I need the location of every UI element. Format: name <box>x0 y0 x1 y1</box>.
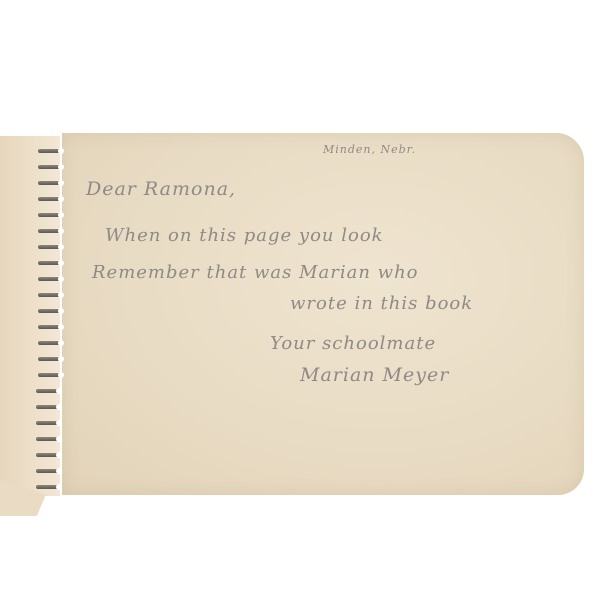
spiral-coil <box>36 260 66 266</box>
coil-wire <box>36 437 58 441</box>
coil-wire <box>38 341 60 345</box>
coil-wire <box>38 325 60 329</box>
coil-wire <box>36 405 58 409</box>
spiral-coil <box>36 276 66 282</box>
coil-wire <box>38 181 60 185</box>
spiral-coil <box>36 244 66 250</box>
verse-line-3: wrote in this book <box>290 293 473 314</box>
coil-wire <box>36 485 58 489</box>
spiral-coil <box>36 228 66 234</box>
spiral-coil <box>36 212 66 218</box>
punch-hole <box>58 228 64 234</box>
coil-wire <box>38 213 60 217</box>
punch-hole <box>56 468 62 474</box>
coil-wire <box>38 309 60 313</box>
coil-wire <box>38 165 60 169</box>
punch-hole <box>58 356 64 362</box>
coil-wire <box>38 261 60 265</box>
coil-wire <box>38 149 60 153</box>
spiral-coil <box>36 196 66 202</box>
coil-wire <box>38 277 60 281</box>
spiral-coil <box>36 372 66 378</box>
coil-wire <box>38 197 60 201</box>
punch-hole <box>56 484 62 490</box>
coil-wire <box>38 357 60 361</box>
coil-wire <box>36 389 58 393</box>
punch-hole <box>56 388 62 394</box>
coil-wire <box>38 245 60 249</box>
punch-hole <box>56 436 62 442</box>
punch-hole <box>58 148 64 154</box>
spiral-coil <box>36 292 66 298</box>
punch-hole <box>58 196 64 202</box>
punch-hole <box>58 292 64 298</box>
spiral-coil <box>34 484 64 490</box>
spiral-coil <box>36 164 66 170</box>
spiral-coil <box>34 420 64 426</box>
location-note: Minden, Nebr. <box>323 143 416 156</box>
closing: Your schoolmate <box>270 333 436 354</box>
spiral-coil <box>36 324 66 330</box>
coil-wire <box>38 293 60 297</box>
punch-hole <box>58 340 64 346</box>
verse-line-2: Remember that was Marian who <box>92 262 419 283</box>
spiral-coil <box>36 308 66 314</box>
greeting: Dear Ramona, <box>86 178 236 200</box>
coil-wire <box>38 229 60 233</box>
punch-hole <box>58 212 64 218</box>
spiral-binding <box>36 140 72 500</box>
punch-hole <box>56 420 62 426</box>
spiral-coil <box>34 468 64 474</box>
punch-hole <box>56 404 62 410</box>
spiral-coil <box>36 148 66 154</box>
spiral-coil <box>34 404 64 410</box>
punch-hole <box>58 244 64 250</box>
coil-wire <box>36 469 58 473</box>
coil-wire <box>38 373 60 377</box>
punch-hole <box>58 276 64 282</box>
verse-line-1: When on this page you look <box>105 225 384 246</box>
punch-hole <box>58 180 64 186</box>
signature: Marian Meyer <box>300 364 449 386</box>
punch-hole <box>58 164 64 170</box>
spiral-coil <box>34 452 64 458</box>
spiral-coil <box>34 388 64 394</box>
punch-hole <box>58 260 64 266</box>
spiral-coil <box>36 356 66 362</box>
punch-hole <box>58 308 64 314</box>
spiral-coil <box>36 180 66 186</box>
spiral-coil <box>36 340 66 346</box>
punch-hole <box>56 452 62 458</box>
coil-wire <box>36 453 58 457</box>
coil-wire <box>36 421 58 425</box>
punch-hole <box>58 372 64 378</box>
punch-hole <box>58 324 64 330</box>
spiral-coil <box>34 436 64 442</box>
